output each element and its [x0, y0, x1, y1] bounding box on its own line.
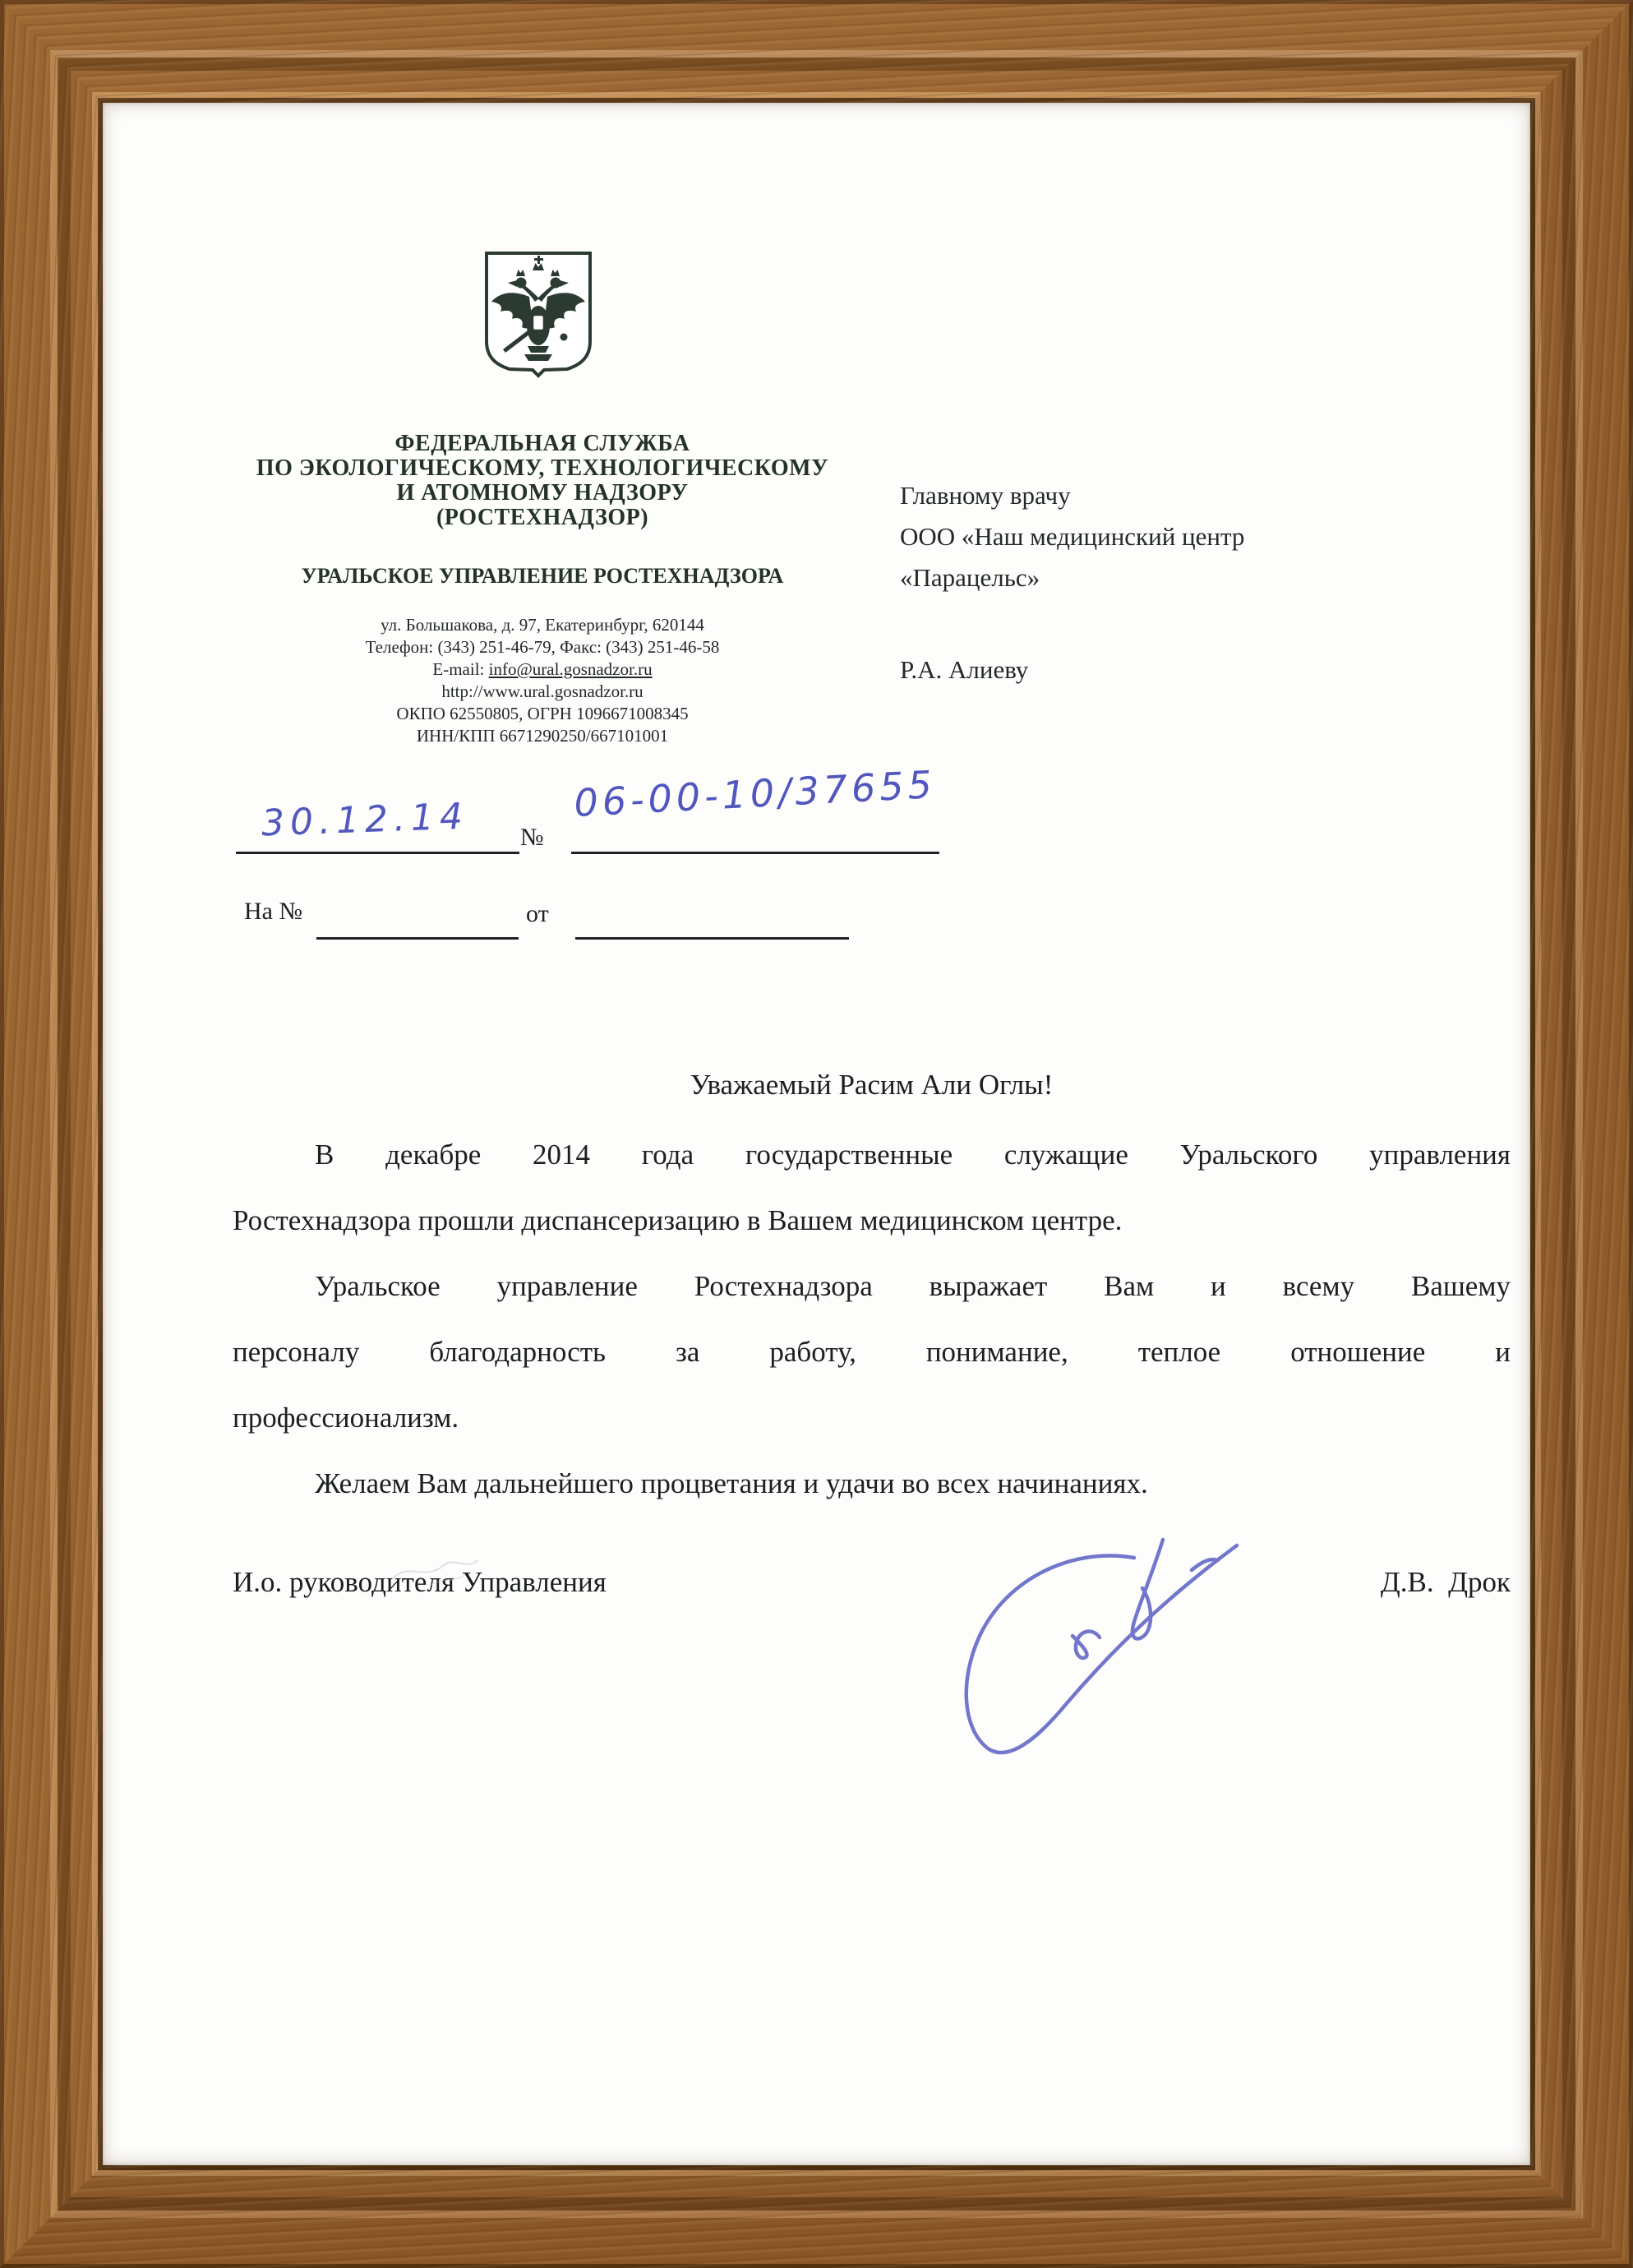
body-line: персоналу благодарность за работу, поним…	[233, 1319, 1511, 1385]
body-line: Уральское управление Ростехнадзора выраж…	[233, 1254, 1511, 1319]
recipient-block: Главному врачу ООО «Наш медицинский цент…	[900, 475, 1442, 691]
frame-woodgrain-bottom	[0, 2165, 1633, 2268]
signer-name: Д.В. Дрок	[1381, 1566, 1511, 1599]
frame-woodgrain-top	[0, 0, 1633, 103]
recipient-role: Главному врачу	[900, 475, 1442, 516]
street-address: ул. Большакова, д. 97, Екатеринбург, 620…	[222, 614, 863, 636]
okpo-ogrn: ОКПО 62550805, ОГРН 1096671008345	[222, 703, 863, 725]
contact-block: ул. Большакова, д. 97, Екатеринбург, 620…	[222, 614, 863, 747]
email-address: info@ural.gosnadzor.ru	[489, 659, 653, 679]
recipient-org-line: «Парацельс»	[900, 557, 1442, 598]
body-line: В декабре 2014 года государственные служ…	[233, 1122, 1511, 1188]
ink-signature	[929, 1513, 1274, 1784]
letterhead-block: ФЕДЕРАЛЬНАЯ СЛУЖБА ПО ЭКОЛОГИЧЕСКОМУ, ТЕ…	[222, 432, 863, 747]
recipient-name: Р.А. Алиеву	[900, 649, 1442, 691]
inn-kpp: ИНН/КПП 6671290250/667101001	[222, 725, 863, 747]
website: http://www.ural.gosnadzor.ru	[222, 681, 863, 703]
email-label: E-mail:	[432, 659, 488, 679]
reply-date-underline	[575, 937, 849, 940]
org-name-line: ПО ЭКОЛОГИЧЕСКОМУ, ТЕХНОЛОГИЧЕСКОМУ	[222, 456, 863, 481]
org-name-line: (РОСТЕХНАДЗОР)	[222, 506, 863, 530]
letter-body: В декабре 2014 года государственные служ…	[233, 1122, 1511, 1517]
reply-to-label: На №	[244, 898, 302, 926]
framed-letter-photo: ФЕДЕРАЛЬНАЯ СЛУЖБА ПО ЭКОЛОГИЧЕСКОМУ, ТЕ…	[0, 0, 1633, 2268]
reply-from-label: от	[526, 900, 549, 928]
division-name: УРАЛЬСКОЕ УПРАВЛЕНИЕ РОСТЕХНАДЗОРА	[222, 565, 863, 588]
body-line: Желаем Вам дальнейшего процветания и уда…	[233, 1451, 1511, 1517]
phone-fax: Телефон: (343) 251-46-79, Факс: (343) 25…	[222, 636, 863, 658]
number-sign-label: №	[520, 824, 544, 852]
salutation: Уважаемый Расим Али Оглы!	[233, 1060, 1511, 1110]
org-name-line: И АТОМНОМУ НАДЗОРУ	[222, 481, 863, 506]
recipient-org-line: ООО «Наш медицинский центр	[900, 516, 1442, 557]
org-name-line: ФЕДЕРАЛЬНАЯ СЛУЖБА	[222, 432, 863, 456]
body-line: Ростехнадзора прошли диспансеризацию в В…	[233, 1188, 1511, 1254]
frame-woodgrain-left	[0, 0, 103, 2268]
body-line: профессионализм.	[233, 1385, 1511, 1451]
pencil-smudge	[386, 1544, 493, 1593]
coat-of-arms-eagle-icon	[477, 249, 600, 379]
reply-number-underline	[316, 937, 519, 940]
email-line: E-mail: info@ural.gosnadzor.ru	[222, 658, 863, 681]
handwritten-date: 30.12.14	[261, 796, 469, 845]
number-underline	[571, 852, 939, 854]
frame-woodgrain-right	[1530, 0, 1633, 2268]
date-underline	[236, 852, 519, 854]
